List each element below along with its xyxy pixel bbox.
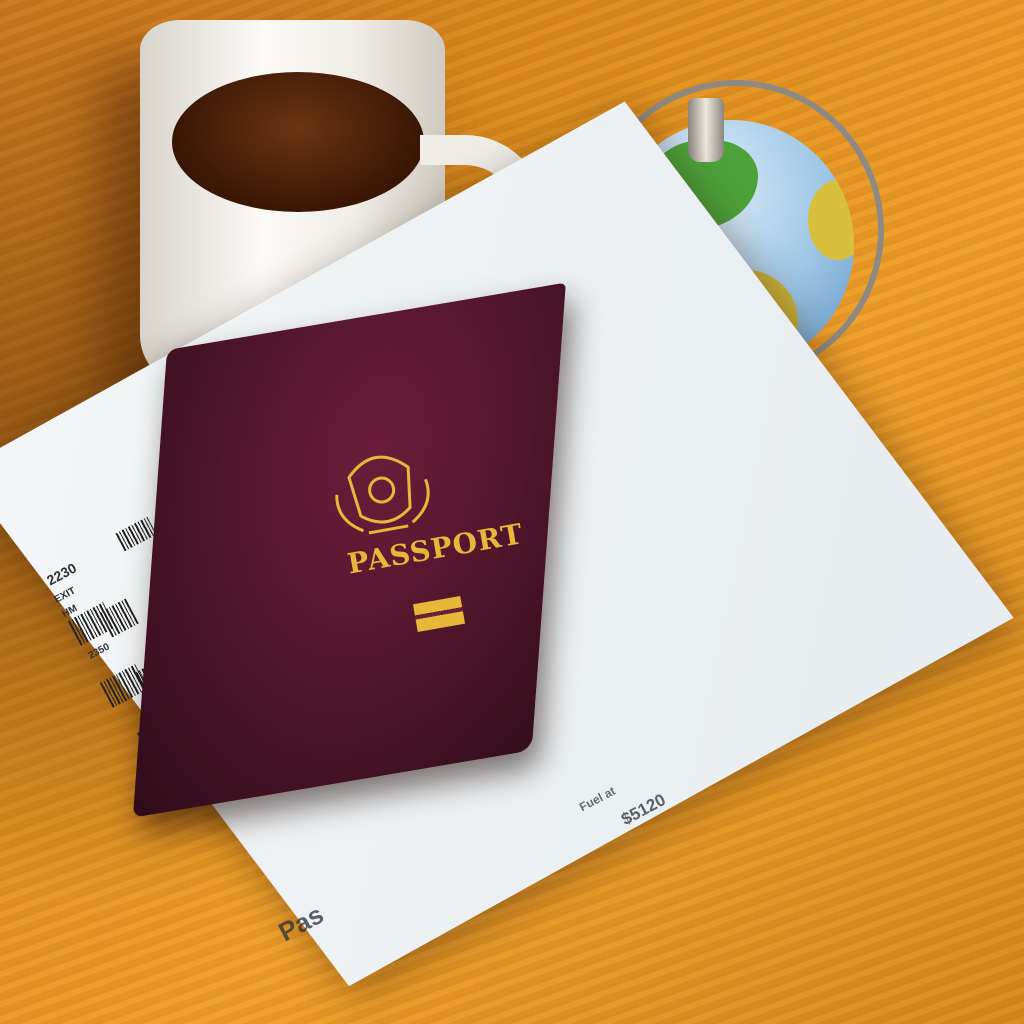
coffee-surface [172, 72, 424, 212]
globe-pivot [688, 98, 724, 162]
